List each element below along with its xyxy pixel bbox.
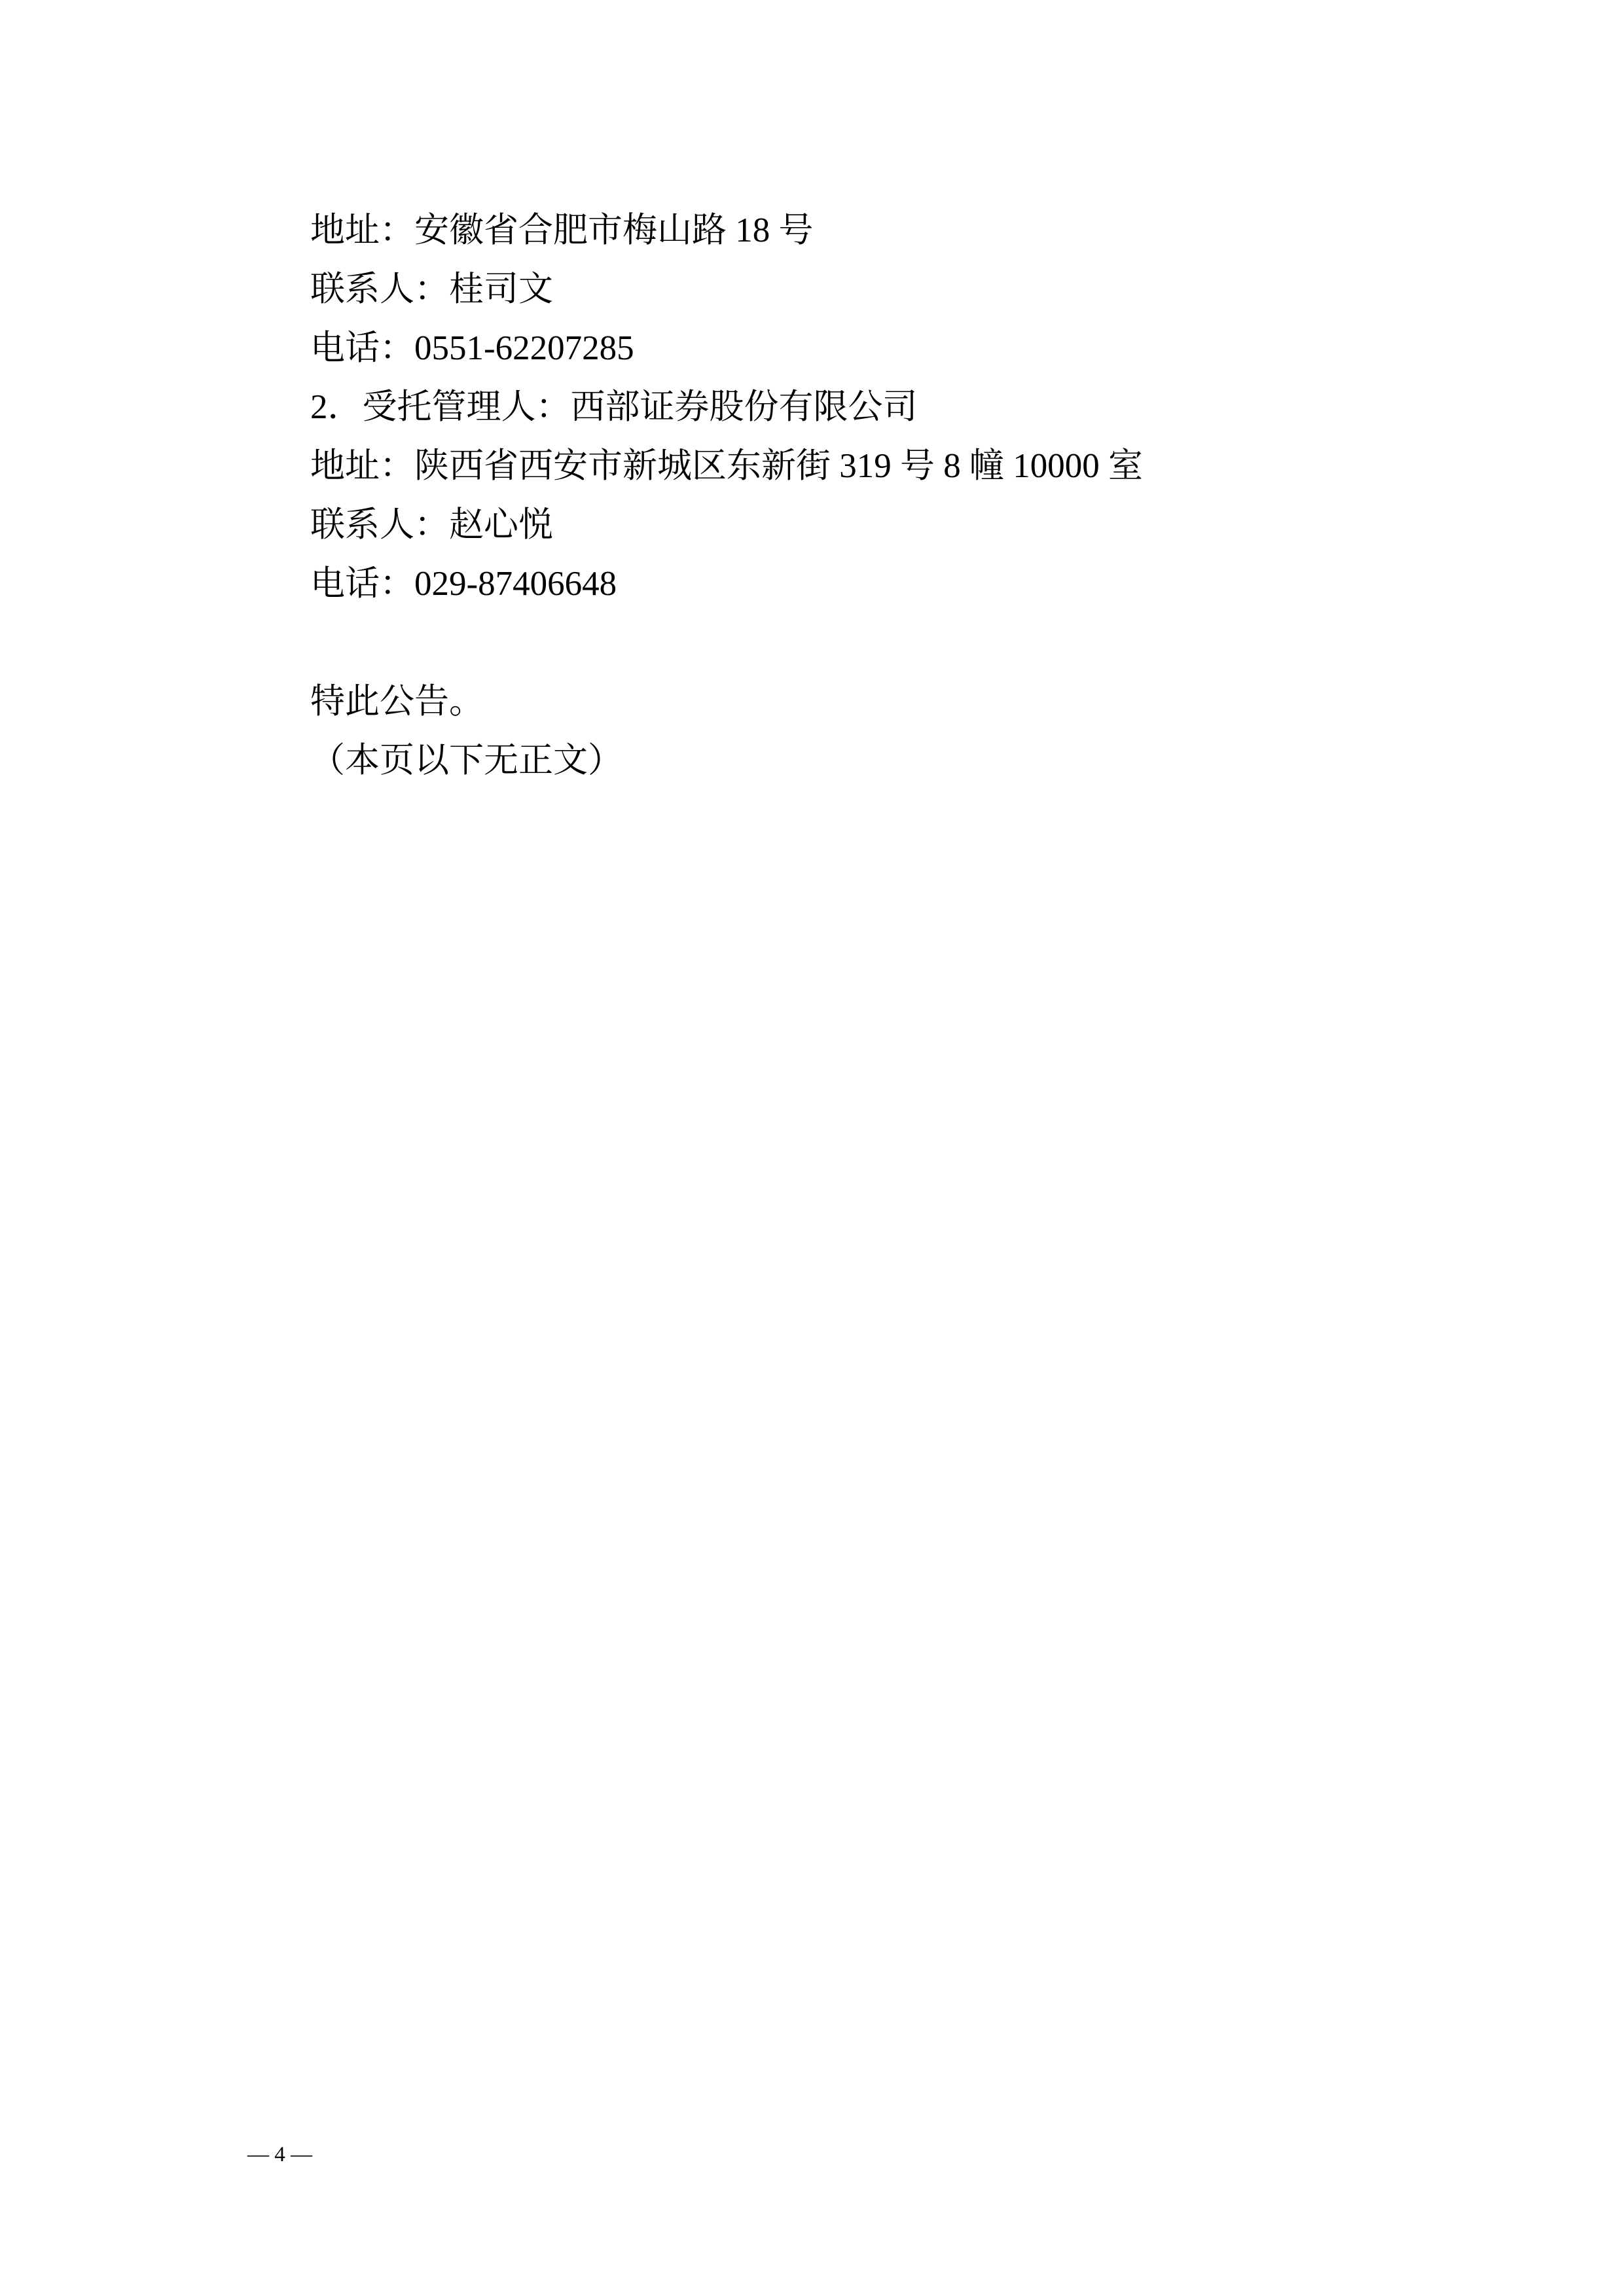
address-line-1: 地址：安徽省合肥市梅山路 18 号: [310, 201, 1143, 260]
announcement-closing-line: 特此公告。: [310, 672, 1143, 731]
phone-line-2: 电话：029-87406648: [310, 554, 1143, 613]
page-number: — 4 —: [247, 2140, 312, 2170]
contact-person-line-2: 联系人：赵心悦: [310, 495, 1143, 554]
trustee-manager-line: 2．受托管理人：西部证券股份有限公司: [310, 378, 1143, 437]
phone-line-1: 电话：0551-62207285: [310, 319, 1143, 378]
document-page: 地址：安徽省合肥市梅山路 18 号 联系人：桂司文 电话：0551-622072…: [0, 0, 1624, 2296]
contact-person-line-1: 联系人：桂司文: [310, 260, 1143, 319]
no-text-below-note: （本页以下无正文）: [310, 731, 1143, 790]
address-line-2: 地址：陕西省西安市新城区东新街 319 号 8 幢 10000 室: [310, 437, 1143, 495]
document-body: 地址：安徽省合肥市梅山路 18 号 联系人：桂司文 电话：0551-622072…: [310, 201, 1143, 790]
